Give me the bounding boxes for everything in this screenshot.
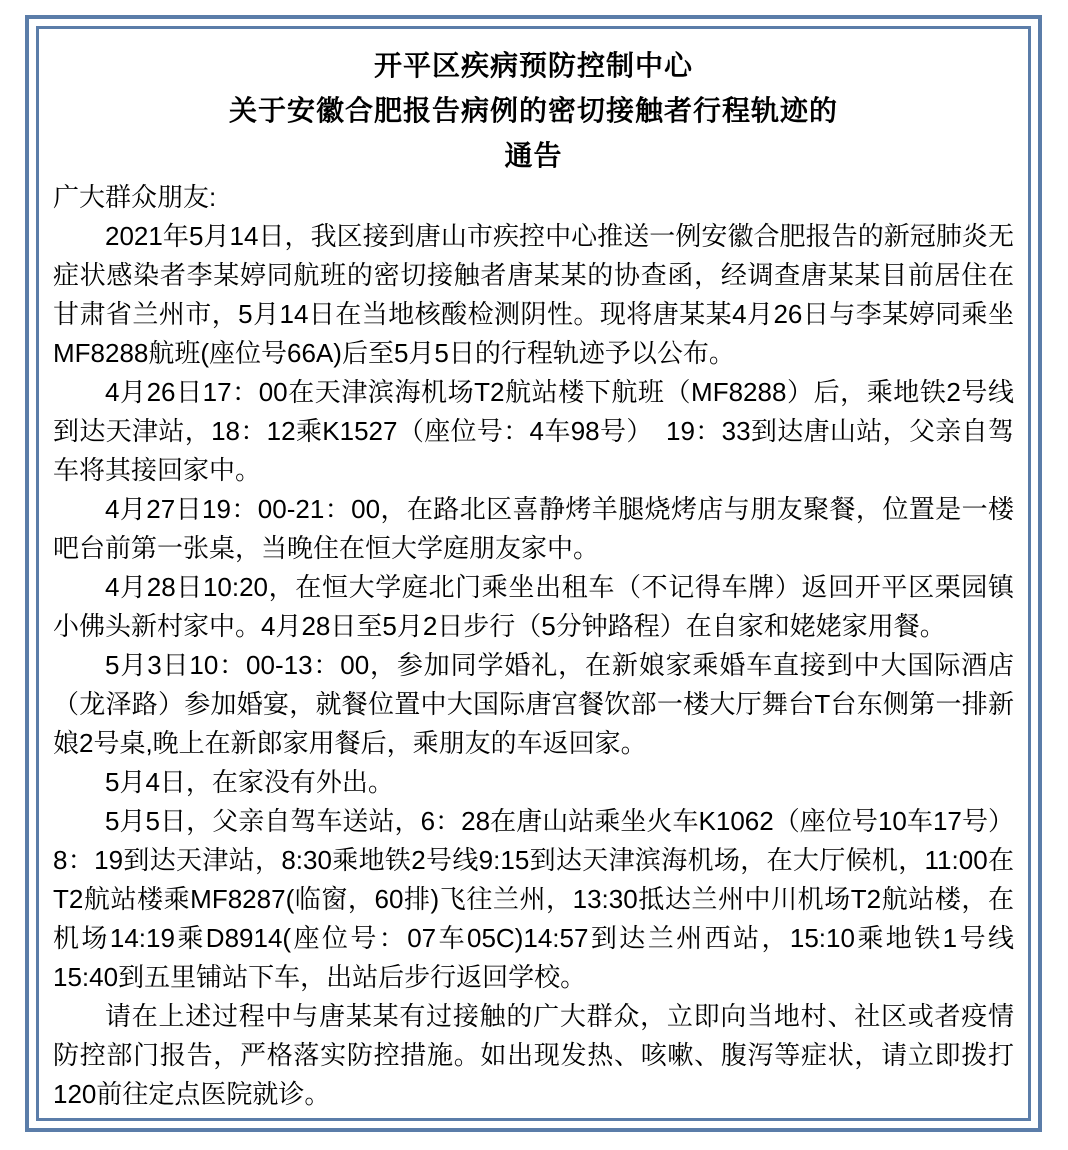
paragraph-may3: 5月3日10：00-13：00，参加同学婚礼，在新娘家乘婚车直接到中大国际酒店（… — [53, 646, 1014, 763]
paragraph-apr27: 4月27日19：00-21：00，在路北区喜静烤羊腿烧烤店与朋友聚餐，位置是一楼… — [53, 490, 1014, 568]
paragraph-may5: 5月5日，父亲自驾车送站，6：28在唐山站乘坐火车K1062（座位号10车17号… — [53, 802, 1014, 997]
paragraph-apr28: 4月28日10:20，在恒大学庭北门乘坐出租车（不记得车牌）返回开平区栗园镇小佛… — [53, 568, 1014, 646]
paragraph-apr26: 4月26日17：00在天津滨海机场T2航站楼下航班（MF8288）后，乘地铁2号… — [53, 373, 1014, 490]
notice-document: 开平区疾病预防控制中心 关于安徽合肥报告病例的密切接触者行程轨迹的 通告 广大群… — [53, 43, 1014, 1108]
salutation: 广大群众朋友: — [53, 178, 1014, 217]
notice-page: 开平区疾病预防控制中心 关于安徽合肥报告病例的密切接触者行程轨迹的 通告 广大群… — [0, 0, 1068, 1150]
outer-border-frame: 开平区疾病预防控制中心 关于安徽合肥报告病例的密切接触者行程轨迹的 通告 广大群… — [25, 15, 1042, 1132]
paragraph-may4: 5月4日，在家没有外出。 — [53, 763, 1014, 802]
paragraph-advisory: 请在上述过程中与唐某某有过接触的广大群众，立即向当地村、社区或者疫情防控部门报告… — [53, 997, 1014, 1114]
notice-subject-title: 关于安徽合肥报告病例的密切接触者行程轨迹的 — [53, 88, 1014, 133]
paragraph-case-intro: 2021年5月14日，我区接到唐山市疾控中心推送一例安徽合肥报告的新冠肺炎无症状… — [53, 217, 1014, 373]
notice-type-title: 通告 — [53, 133, 1014, 178]
org-title: 开平区疾病预防控制中心 — [53, 43, 1014, 88]
inner-border-frame: 开平区疾病预防控制中心 关于安徽合肥报告病例的密切接触者行程轨迹的 通告 广大群… — [36, 26, 1031, 1121]
